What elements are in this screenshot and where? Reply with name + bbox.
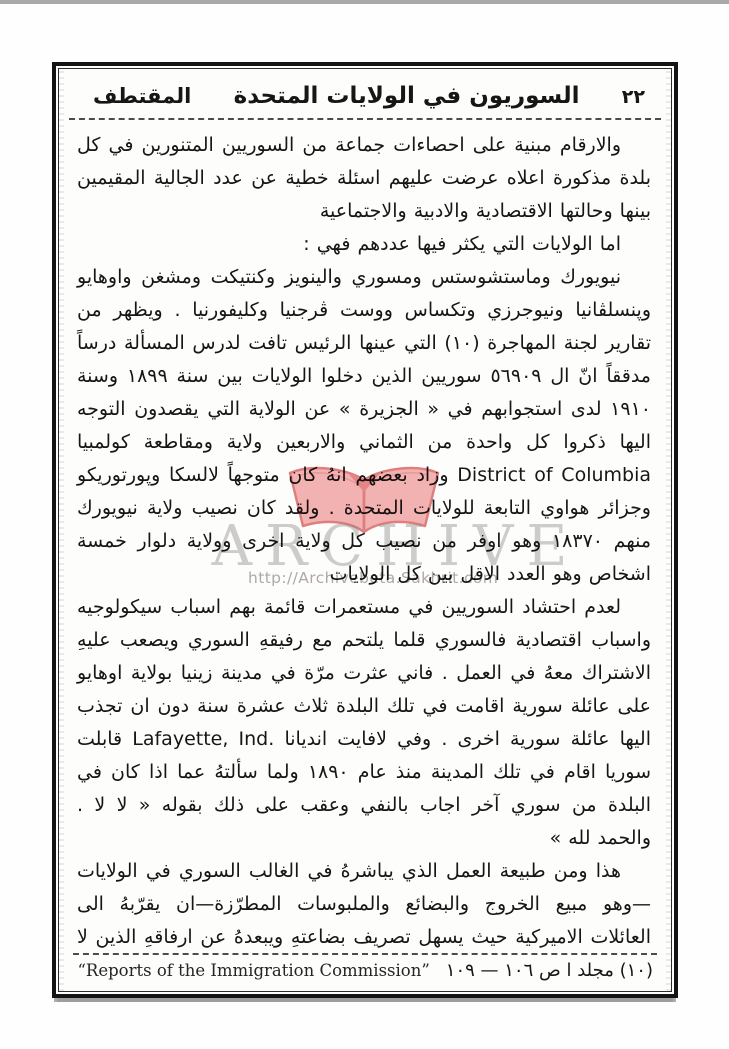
page-frame: ٢٢ السوريون في الولايات المتحدة المقتطف … [52, 62, 678, 998]
footnote-reference-english: “Reports of the Immigration Commission” [77, 961, 429, 980]
footnote: (١٠) مجلد ا ص ١٠٦ — ١٠٩ “Reports of the … [59, 955, 671, 991]
paragraph-states-lead: اما الولايات التي يكثر فيها عددهم فهي : [77, 228, 651, 261]
page-title: السوريون في الولايات المتحدة [191, 83, 621, 109]
paragraph-work-nature: هذا ومن طبيعة العمل الذي يباشرهُ في الغا… [77, 855, 651, 951]
journal-name: المقتطف [93, 84, 191, 108]
page-header: ٢٢ السوريون في الولايات المتحدة المقتطف [59, 69, 671, 115]
paragraph-colonies: لعدم احتشاد السوريين في مستعمرات قائمة ب… [77, 591, 651, 855]
frame-inner: ٢٢ السوريون في الولايات المتحدة المقتطف … [58, 68, 672, 992]
page-body: والارقام مبنية على احصاءات جماعة من السو… [59, 120, 671, 951]
page-number: ٢٢ [622, 86, 645, 108]
paragraph-states-list: نيويورك وماستشوستس ومسوري والينويز وكنتي… [77, 261, 651, 591]
paragraph-statistics-intro: والارقام مبنية على احصاءات جماعة من السو… [77, 129, 651, 228]
scan-edge [0, 0, 729, 4]
footnote-reference-arabic: (١٠) مجلد ا ص ١٠٦ — ١٠٩ [446, 960, 653, 981]
